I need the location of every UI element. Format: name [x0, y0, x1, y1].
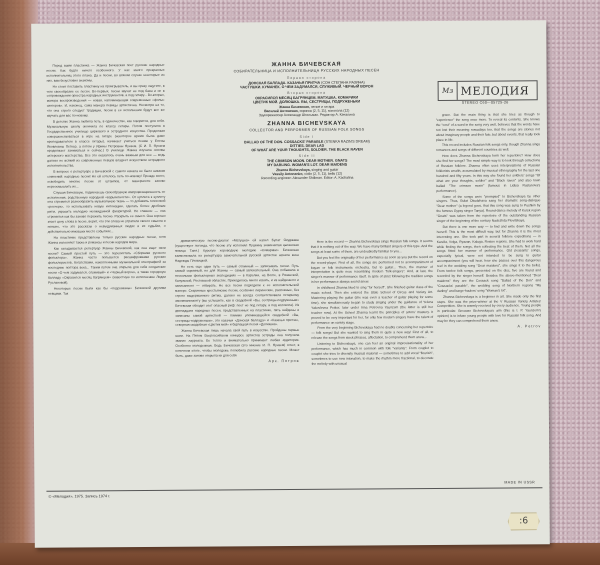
record-sleeve-back: Перед вами пластинка — Жанна Бичевская п…: [31, 20, 550, 548]
paragraph: Listening to Bichevskaya, one can feel a…: [311, 341, 433, 366]
liner-notes-en-column-1: Here is the record — Zhanna Bichevskaya …: [311, 239, 435, 462]
label-name: МЕЛОДИЯ: [458, 84, 530, 97]
paragraph: Жанна Бичевская лишь начала свой путь в …: [175, 328, 299, 358]
paragraph: But there is one more way — to find and …: [437, 224, 541, 293]
liner-notes-ru-column-2: драматическую песню-диалог «Матушка» ей …: [175, 238, 300, 453]
author-signature-en: A. Petrov: [437, 324, 541, 330]
side-1-songs-ru: ДОНСКАЯ БАЛЛАДА. КАЗАЧЬЯ ПРИТЧА (СОН СТЕ…: [182, 80, 432, 91]
price-sticker: :6: [508, 512, 540, 530]
paragraph: But you feel the originality of her perf…: [311, 255, 433, 285]
footer-divider: [46, 487, 542, 491]
paragraph: В вопросе о репертуаре у Бичевской с сам…: [47, 169, 165, 189]
paragraph: In childhood Zhanna liked to sing "for h…: [311, 285, 433, 325]
artist-subtitle-en: COLLECTOR AND PERFORMER OF RUSSIAN FOLK …: [182, 127, 432, 133]
copyright-notice: © «Мелодия», 1975. Запись 1974 г.: [48, 494, 110, 498]
paragraph: How does Zhanna Bichevskaya form her rep…: [436, 154, 540, 194]
melodiya-mark-icon: Мз: [439, 82, 458, 100]
side-1-songs-en: BALLAD OF THE DON. COSSACKS' PARABLE (ST…: [182, 139, 432, 154]
paragraph: Но стоит поставить пластинку на проигрыв…: [47, 83, 165, 118]
paragraph: Слушая Бичевскую, подмечаешь своеобразну…: [47, 190, 165, 235]
made-in-ussr: MADE IN USSR: [504, 480, 535, 484]
melodiya-logo: Мз МЕЛОДИЯ: [438, 80, 538, 101]
liner-notes-ru-column-1: Перед вами пластинка — Жанна Бичевская п…: [46, 63, 167, 487]
paragraph: From the very beginning Bichevskaya had …: [311, 325, 433, 341]
author-signature-ru: Арк. Петров: [176, 359, 300, 365]
artist-subtitle-ru: СОБИРАТЕЛЬНИЦА И ИСПОЛНИТЕЛЬНИЦА РУССКИХ…: [182, 68, 432, 74]
paragraph: grace. But the main thing is that she tr…: [436, 112, 540, 142]
paragraph: Zhanna Bichevskaya is a beginner in art.…: [437, 294, 541, 324]
paragraph: Перед вами пластинка — Жанна Бичевская п…: [46, 63, 164, 83]
paragraph: драматическую песню-диалог «Матушка» ей …: [175, 238, 299, 263]
catalog-number: STEREO С60—05725-26: [462, 100, 509, 104]
paragraph: Some of the songs were "prompted" to Bic…: [436, 194, 540, 224]
paragraph: This record includes Russian folk songs …: [436, 143, 540, 154]
performer-credits-en: Zhanna Bichevskaya, singing and guitar V…: [182, 167, 432, 182]
paragraph: На пластинке представлены только русские…: [48, 235, 166, 246]
paragraph: Некоторые песни были как бы «подсказаны»…: [48, 286, 166, 297]
paragraph: Но есть еще один путь — самый отличный —…: [175, 263, 299, 328]
tracklist-header: ЖАННА БИЧЕВСКАЯ СОБИРАТЕЛЬНИЦА И ИСПОЛНИ…: [181, 61, 432, 181]
liner-notes-en-column-2: grace. But the main thing is that she tr…: [436, 112, 542, 453]
paragraph: Как складывается репертуар Жанны Бичевск…: [48, 245, 166, 285]
paragraph: В детстве Жанна любила петь, в одиночест…: [47, 119, 165, 169]
paragraph: Here is the record — Zhanna Bichevskaya …: [311, 239, 433, 255]
